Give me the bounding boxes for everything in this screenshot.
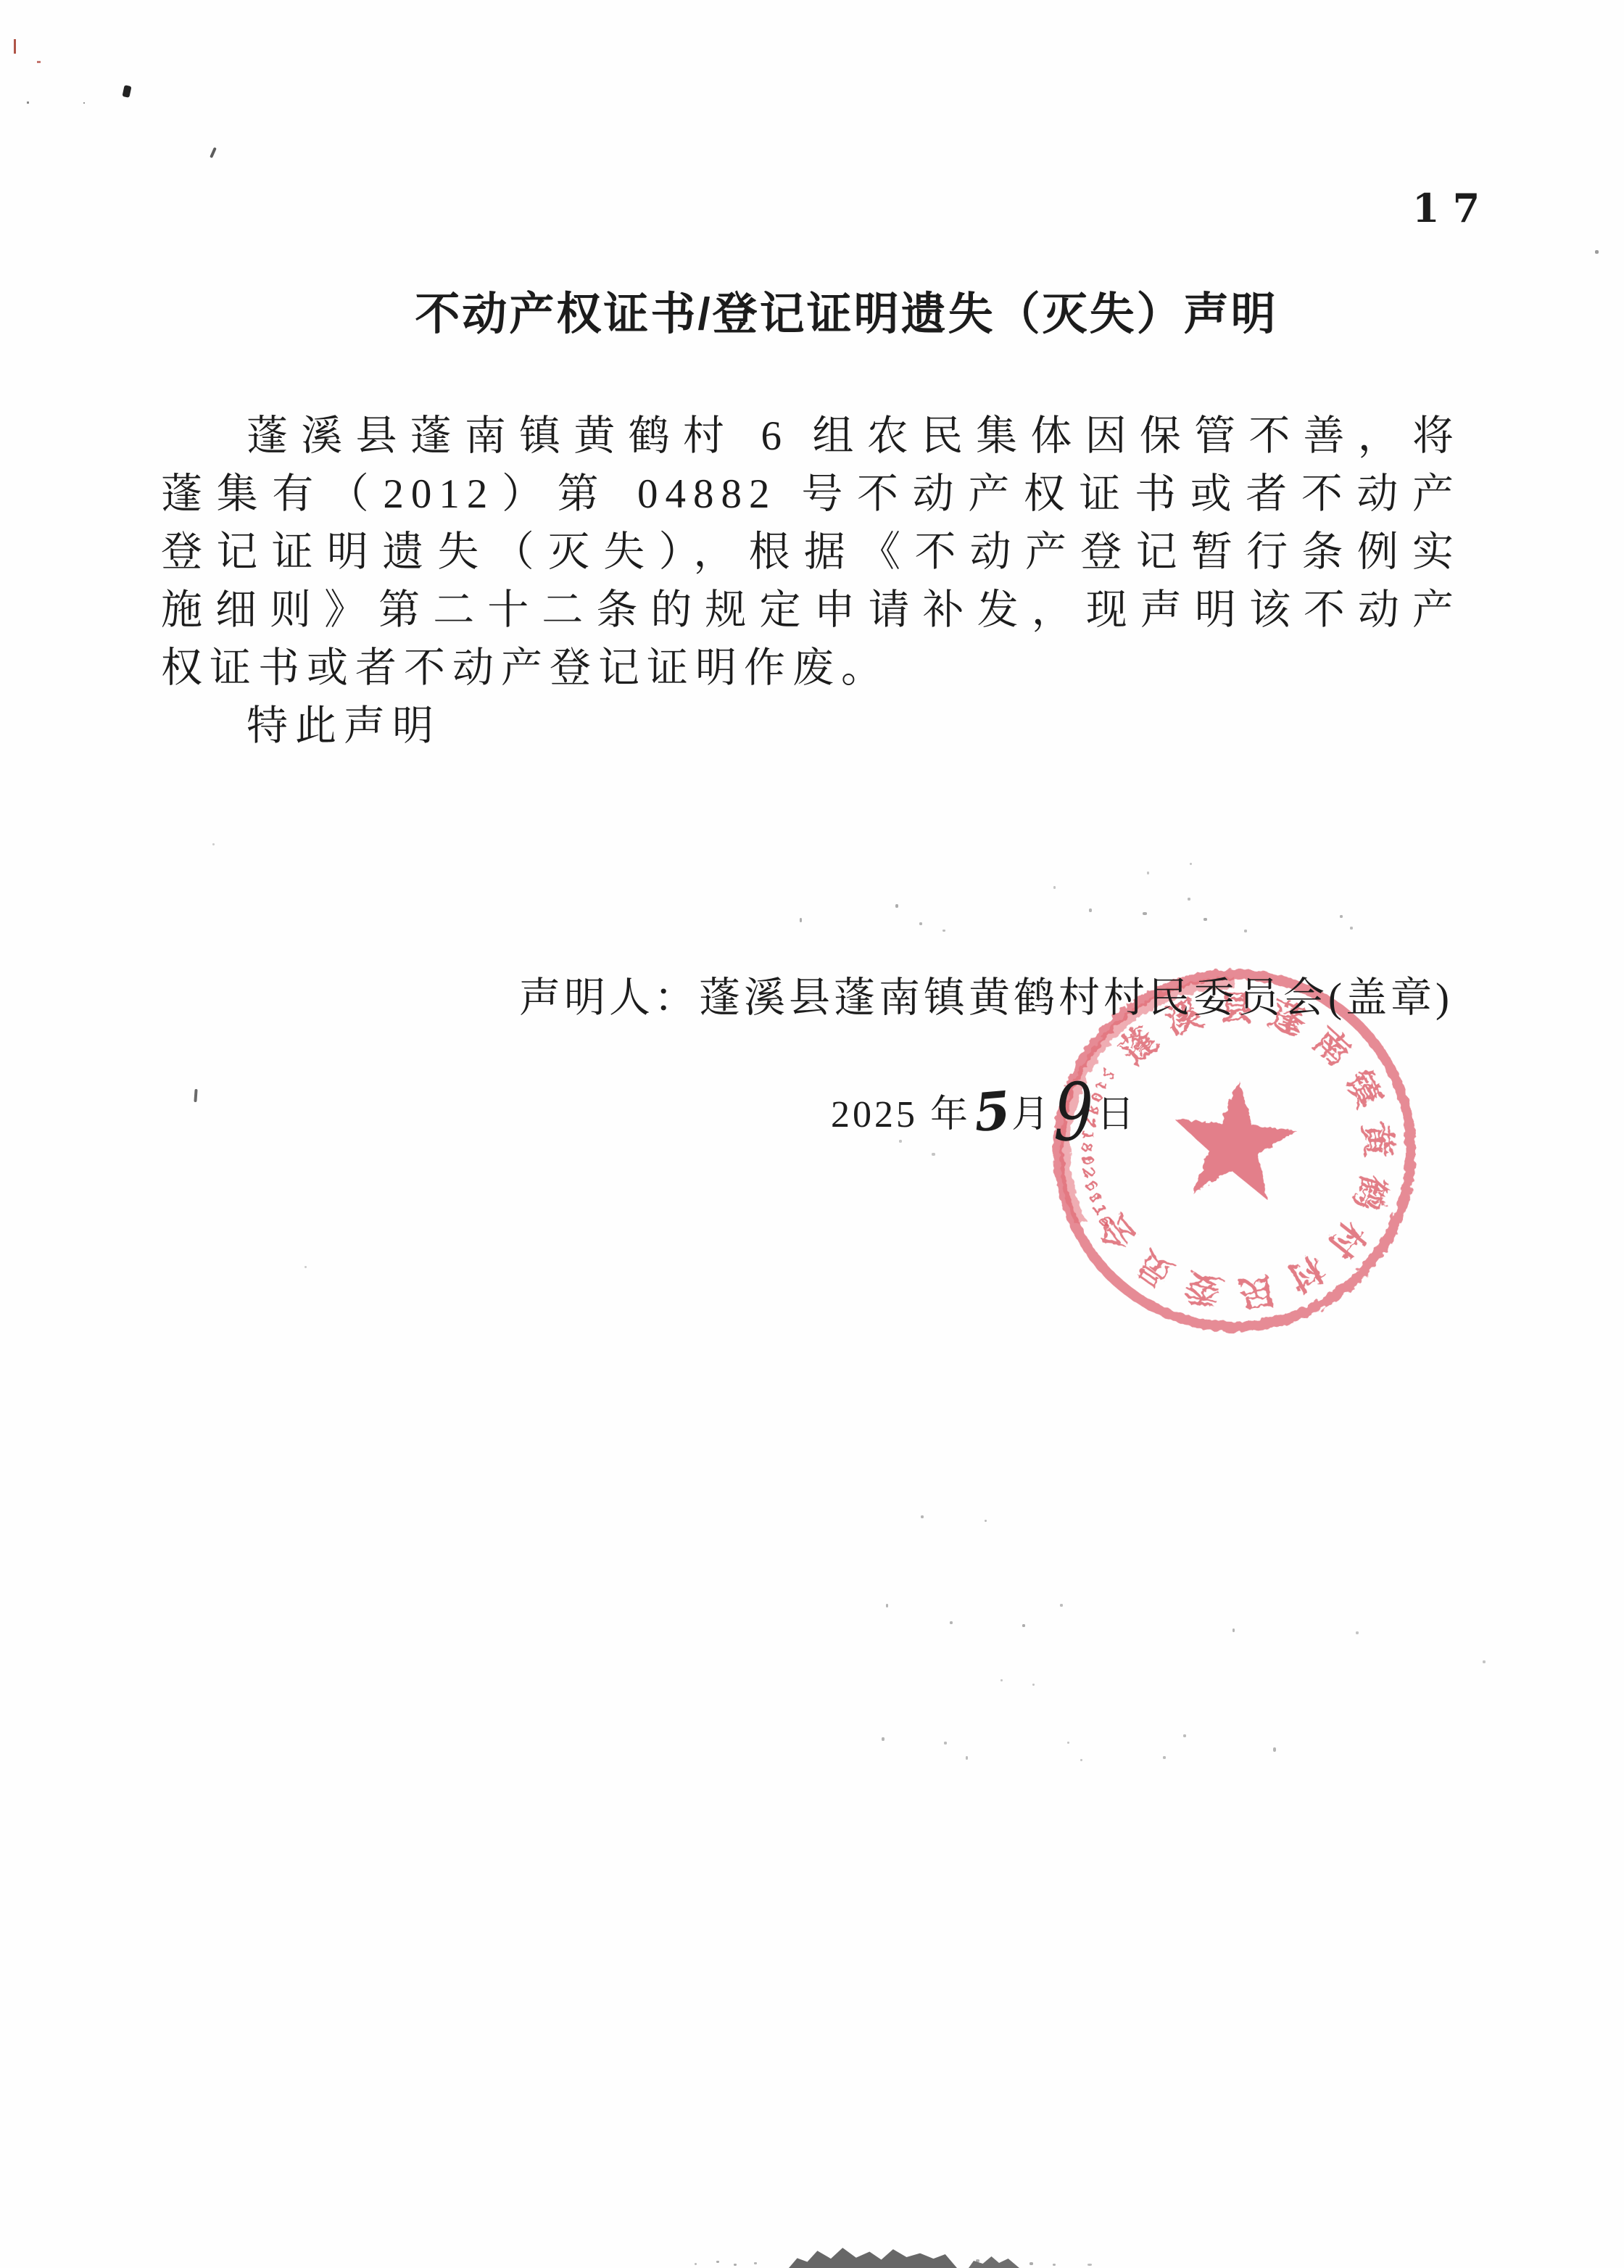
scan-mark <box>122 85 131 98</box>
date-month-digit-handwritten: 5 <box>971 1079 1013 1143</box>
scan-speckle <box>1595 250 1599 254</box>
scan-speckle <box>1273 1747 1276 1752</box>
date-day-digit-handwritten: 9 <box>1053 1065 1094 1161</box>
scan-speckle <box>1053 886 1056 889</box>
scan-speckle <box>1029 2262 1033 2265</box>
date-line: 2025 年5月9日 <box>831 1070 1138 1141</box>
scan-speckle <box>976 2259 979 2262</box>
scan-speckle <box>1350 927 1353 930</box>
scan-speckle <box>1244 930 1247 932</box>
scan-speckle <box>1340 915 1343 918</box>
scan-mark <box>83 102 85 104</box>
scanned-declaration-page: 17 不动产权证书/登记证明遗失（灭失）声明 蓬溪县蓬南镇黄鹤村 6 组农民集体… <box>0 0 1624 2268</box>
scan-speckle <box>304 1266 307 1268</box>
body-line: 蓬集有（2012）第 04882 号不动产权证书或者不动产 <box>161 465 1461 523</box>
scan-mark <box>14 39 16 54</box>
scan-speckle <box>1203 918 1207 921</box>
scan-speckle <box>1080 1759 1082 1761</box>
scan-speckle <box>985 1520 987 1522</box>
scan-speckle <box>895 904 898 908</box>
scan-mark <box>37 61 41 63</box>
date-month-label: 月 <box>1011 1094 1052 1135</box>
scan-speckle <box>1183 1734 1186 1737</box>
document-title: 不动产权证书/登记证明遗失（灭失）声明 <box>0 278 1624 342</box>
scan-speckle <box>1060 1604 1063 1607</box>
scan-speckle <box>1032 1684 1035 1686</box>
scan-speckle <box>921 1515 924 1518</box>
scan-speckle <box>919 922 922 925</box>
body-line-closing: 特此声明 <box>161 698 1461 756</box>
scan-speckle <box>1022 1624 1025 1627</box>
scan-smudge <box>789 2243 957 2268</box>
scan-speckle <box>695 2263 697 2265</box>
scan-speckle <box>1356 1631 1359 1634</box>
scan-speckle <box>966 1756 968 1760</box>
scan-speckle <box>942 930 945 932</box>
scan-speckle <box>1188 898 1190 901</box>
page-number: 17 <box>1412 185 1493 231</box>
scan-speckle <box>932 1153 935 1156</box>
scan-speckle <box>716 2261 719 2263</box>
scan-mark <box>27 102 29 104</box>
body-line: 蓬溪县蓬南镇黄鹤村 6 组农民集体因保管不善，将 <box>161 407 1461 465</box>
scan-speckle <box>800 918 802 922</box>
date-year: 2025 年 <box>831 1094 971 1135</box>
scan-speckle <box>886 1604 888 1607</box>
scan-speckle <box>1147 872 1149 874</box>
scan-speckle <box>1000 1679 1003 1681</box>
scan-speckle <box>212 843 215 845</box>
scan-speckle <box>1067 1742 1069 1744</box>
scan-mark <box>194 1089 197 1102</box>
scan-speckle <box>1143 912 1147 915</box>
declaration-body: 蓬溪县蓬南镇黄鹤村 6 组农民集体因保管不善，将 蓬集有（2012）第 0488… <box>161 407 1461 756</box>
scan-speckle <box>1163 1756 1166 1759</box>
body-line: 施细则》第二十二条的规定申请补发，现声明该不动产 <box>161 582 1461 640</box>
scan-speckle <box>1232 1628 1235 1632</box>
scan-speckle <box>1089 909 1092 912</box>
scan-speckle <box>1087 2264 1092 2266</box>
scan-speckle <box>882 1737 884 1741</box>
seal-star-icon <box>1172 1077 1302 1207</box>
scan-speckle <box>950 1621 953 1624</box>
scan-speckle <box>944 1742 947 1745</box>
date-day-label: 日 <box>1097 1094 1138 1135</box>
scan-speckle <box>734 2264 737 2266</box>
scan-speckle <box>1190 863 1192 865</box>
body-line: 登记证明遗失（灭失），根据《不动产登记暂行条例实 <box>161 523 1461 582</box>
declarant-line: 声明人：蓬溪县蓬南镇黄鹤村村民委员会(盖章) <box>519 964 1453 1024</box>
scan-speckle <box>754 2262 757 2264</box>
scan-mark <box>210 147 217 158</box>
body-line: 权证书或者不动产登记证明作废。 <box>161 640 1461 698</box>
scan-speckle <box>1483 1660 1486 1663</box>
scan-speckle <box>1053 2264 1056 2266</box>
